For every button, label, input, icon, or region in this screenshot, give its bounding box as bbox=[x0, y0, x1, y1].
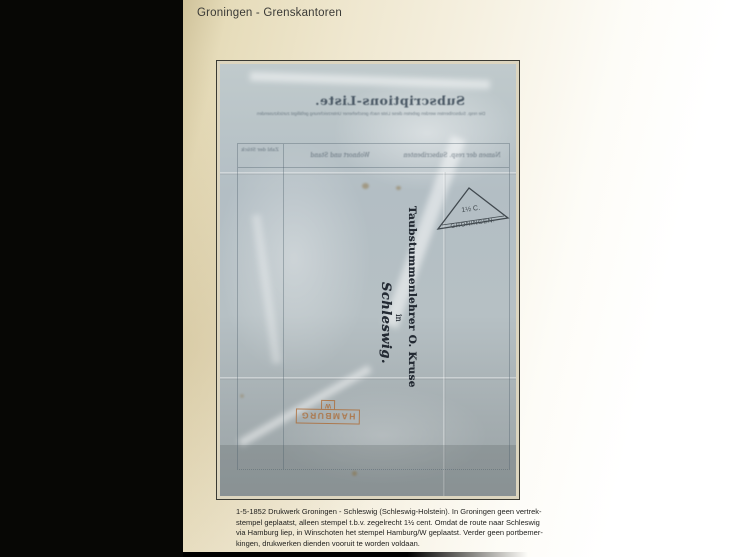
document-back: Subscriptions-Liste. Die resp. Subscribe… bbox=[220, 64, 516, 496]
album-page: Groningen - Grenskantoren Subscriptions-… bbox=[183, 0, 740, 557]
hamburg-stamp-w-tab: W bbox=[321, 400, 335, 409]
table-header-a: Wohnort und Stand bbox=[290, 152, 390, 159]
photo-edge-shadow bbox=[183, 552, 528, 557]
stamp-value: 1½ C. bbox=[461, 204, 481, 215]
exhibit-frame: Subscriptions-Liste. Die resp. Subscribe… bbox=[216, 60, 520, 500]
page-title: Groningen - Grenskantoren bbox=[197, 7, 342, 19]
address-recipient: Taubstummenlehrer O. Kruse bbox=[406, 206, 418, 356]
caption-line: via Hamburg liep, in Winschoten het stem… bbox=[236, 528, 543, 539]
table-header-rule bbox=[238, 167, 509, 168]
hamburg-stamp: HAMBURG W bbox=[293, 391, 364, 424]
hamburg-stamp-frame: HAMBURG bbox=[296, 408, 360, 424]
caption-line: kingen, drukwerken dienden vooruit te wo… bbox=[236, 539, 543, 550]
paper-crease bbox=[250, 72, 490, 89]
caption: 1-5-1852 Drukwerk Groningen - Schleswig … bbox=[236, 507, 543, 550]
table-header-b: Namen der resp. Subscribenten bbox=[396, 152, 508, 159]
address-in: in bbox=[394, 314, 403, 356]
table-column-rule bbox=[283, 144, 284, 469]
caption-line: 1-5-1852 Drukwerk Groningen - Schleswig … bbox=[236, 507, 543, 518]
photo-background: Groningen - Grenskantoren Subscriptions-… bbox=[0, 0, 740, 557]
hamburg-stamp-text: HAMBURG bbox=[300, 411, 355, 422]
table-header-left: Zahl der Stück bbox=[240, 147, 280, 153]
address-block: Taubstummenlehrer O. Kruse in Schleswig. bbox=[362, 206, 418, 356]
address-town: Schleswig. bbox=[378, 282, 393, 356]
caption-line: stempel geplaatst, alleen stempel t.b.v.… bbox=[236, 518, 543, 529]
showthrough-form-title: Subscriptions-Liste. bbox=[315, 93, 465, 108]
stamp-town: GRONINGEN. bbox=[450, 217, 495, 230]
paper-stain bbox=[352, 471, 357, 476]
groningen-triangle-stamp: 1½ C. GRONINGEN. bbox=[435, 185, 515, 243]
showthrough-form-subtitle: Die resp. Subscribenten werden gebeten d… bbox=[247, 111, 495, 116]
